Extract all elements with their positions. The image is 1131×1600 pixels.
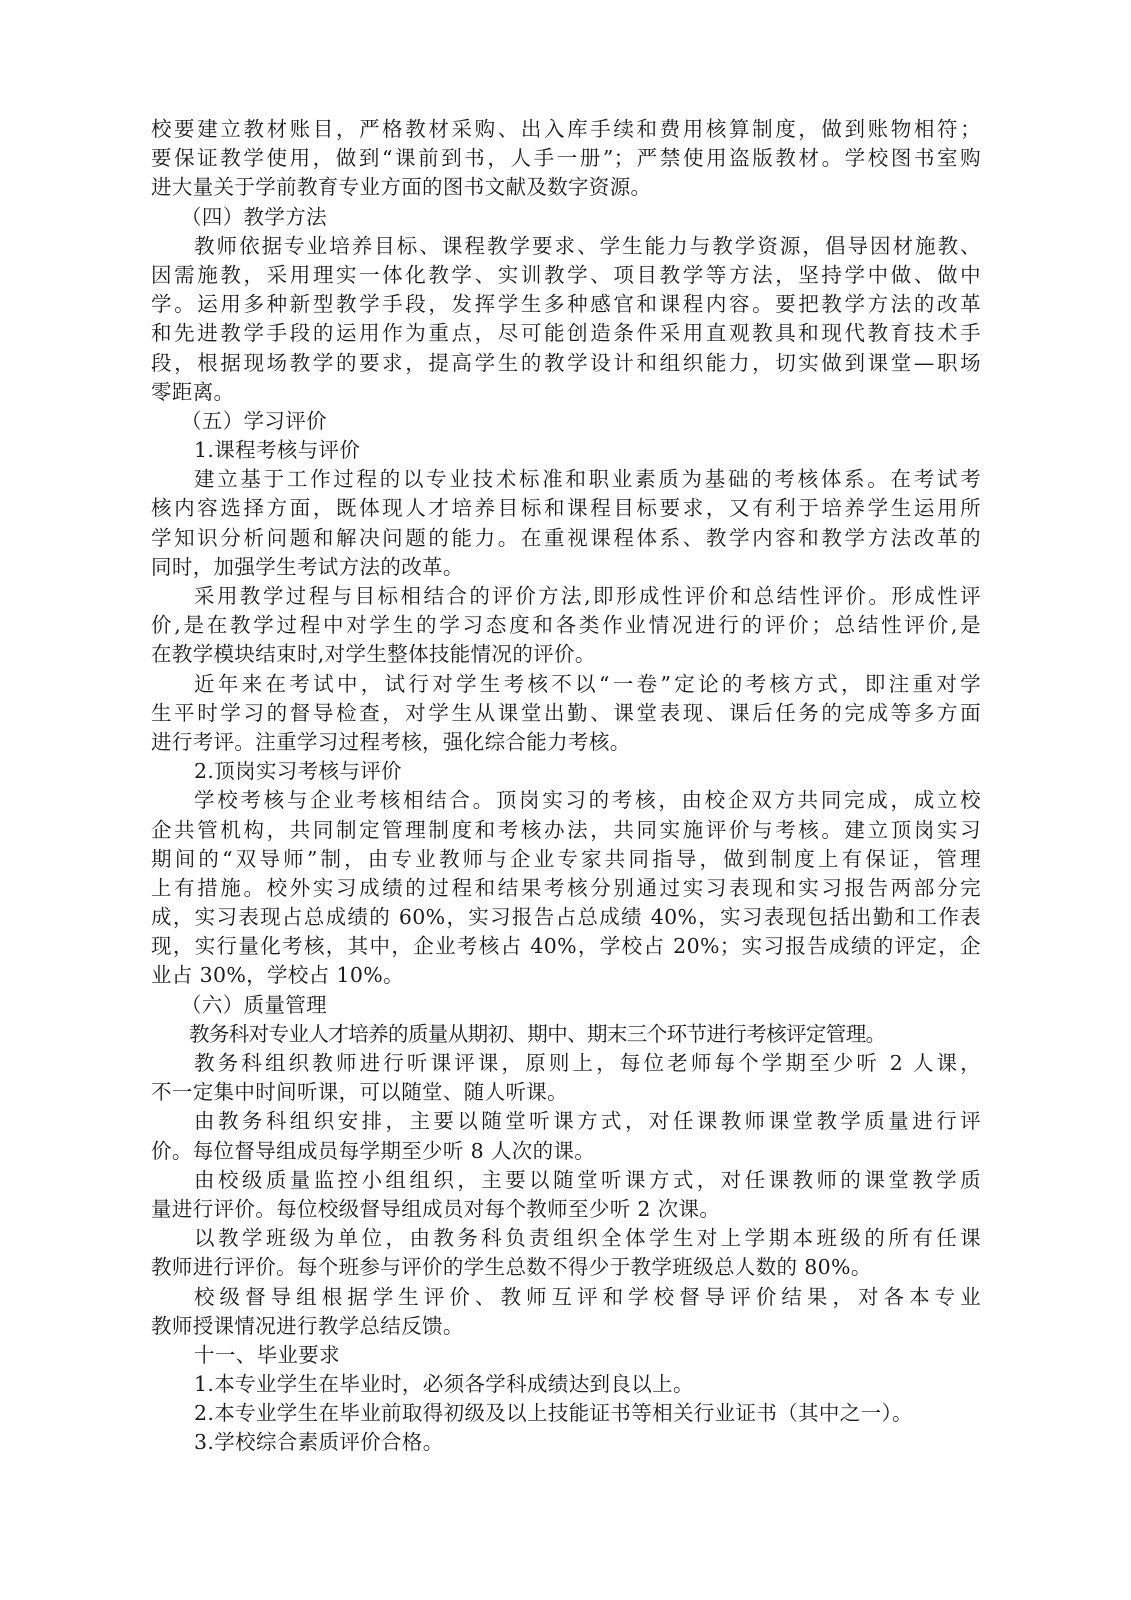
body-line: 要保证教学使用，做到“课前到书，人手一册”；严禁使用盗版教材。学校图书室购 [151, 144, 981, 173]
body-line: 价,是在教学过程中对学生的学习态度和各类作业情况进行的评价；总结性评价,是 [151, 611, 981, 640]
body-line: 成，实习表现占总成绩的 60%，实习报告占总成绩 40%，实习表现包括出勤和工作… [151, 903, 981, 932]
body-line: 在教学模块结束时,对学生整体技能情况的评价。 [151, 640, 981, 669]
paragraph-first-line: 建立基于工作过程的以专业技术标准和职业素质为基础的考核体系。在考试考 [151, 465, 981, 494]
paragraph-first-line: 由校级质量监控小组组织，主要以随堂听课方式，对任课教师的课堂教学质 [151, 1166, 981, 1195]
paragraph-first-line: 教师依据专业培养目标、课程教学要求、学生能力与教学资源，倡导因材施教、 [151, 232, 981, 261]
body-line: 教师授课情况进行教学总结反馈。 [151, 1312, 981, 1341]
document-page: 校要建立教材账目，严格教材采购、出入库手续和费用核算制度，做到账物相符； 要保证… [151, 115, 981, 1458]
requirement-item: 1.本专业学生在毕业时，必须各学科成绩达到良以上。 [151, 1370, 981, 1399]
body-line: 不一定集中时间听课，可以随堂、随人听课。 [151, 1078, 981, 1107]
body-line: 量进行评价。每位校级督导组成员对每个教师至少听 2 次课。 [151, 1195, 981, 1224]
paragraph-first-line: 近年来在考试中，试行对学生考核不以“一卷”定论的考核方式，即注重对学 [151, 670, 981, 699]
body-line: 教师进行评价。每个班参与评价的学生总数不得少于教学班级总人数的 80%。 [151, 1253, 981, 1282]
body-line: 企共管机构，共同制定管理制度和考核办法，共同实施评价与考核。建立顶岗实习 [151, 816, 981, 845]
paragraph-first-line: 以教学班级为单位，由教务科负责组织全体学生对上学期本班级的所有任课 [151, 1224, 981, 1253]
paragraph-first-line: 学校考核与企业考核相结合。顶岗实习的考核，由校企双方共同完成，成立校 [151, 786, 981, 815]
chapter-heading: 十一、毕业要求 [151, 1341, 981, 1370]
body-line: 上有措施。校外实习成绩的过程和结果考核分别通过实习表现和实习报告两部分完 [151, 874, 981, 903]
body-line: 学知识分析问题和解决问题的能力。在重视课程体系、教学内容和教学方法改革的 [151, 524, 981, 553]
body-line: 进行考评。注重学习过程考核，强化综合能力考核。 [151, 728, 981, 757]
paragraph-first-line: 采用教学过程与目标相结合的评价方法,即形成性评价和总结性评价。形成性评 [151, 582, 981, 611]
subsection-heading: 2.顶岗实习考核与评价 [151, 757, 981, 786]
body-line: 因需施教，采用理实一体化教学、实训教学、项目教学等方法，坚持学中做、做中 [151, 261, 981, 290]
body-line: 同时，加强学生考试方法的改革。 [151, 553, 981, 582]
body-line: 学。运用多种新型教学手段，发挥学生多种感官和课程内容。要把教学方法的改革 [151, 290, 981, 319]
body-line: 进大量关于学前教育专业方面的图书文献及数字资源。 [151, 173, 981, 202]
paragraph-first-line: 教务科对专业人才培养的质量从期初、期中、期末三个环节进行考核评定管理。 [151, 1020, 981, 1049]
paragraph-first-line: 教务科组织教师进行听课评课，原则上，每位老师每个学期至少听 2 人课， [151, 1049, 981, 1078]
section-heading: （五）学习评价 [151, 407, 981, 436]
body-line: 段，根据现场教学的要求，提高学生的教学设计和组织能力，切实做到课堂—职场 [151, 349, 981, 378]
body-line: 校要建立教材账目，严格教材采购、出入库手续和费用核算制度，做到账物相符； [151, 115, 981, 144]
body-line: 现，实行量化考核，其中，企业考核占 40%，学校占 20%；实习报告成绩的评定，… [151, 932, 981, 961]
section-heading: （四）教学方法 [151, 203, 981, 232]
body-line: 核内容选择方面，既体现人才培养目标和课程目标要求，又有利于培养学生运用所 [151, 494, 981, 523]
requirement-item: 2.本专业学生在毕业前取得初级及以上技能证书等相关行业证书（其中之一）。 [151, 1399, 981, 1428]
body-line: 期间的“双导师”制，由专业教师与企业专家共同指导，做到制度上有保证，管理 [151, 845, 981, 874]
paragraph-first-line: 校级督导组根据学生评价、教师互评和学校督导评价结果，对各本专业 [151, 1283, 981, 1312]
requirement-item: 3.学校综合素质评价合格。 [151, 1428, 981, 1457]
body-line: 业占 30%，学校占 10%。 [151, 961, 981, 990]
section-heading: （六）质量管理 [151, 991, 981, 1020]
body-line: 和先进教学手段的运用作为重点，尽可能创造条件采用直观教具和现代教育技术手 [151, 319, 981, 348]
body-line: 生平时学习的督导检查，对学生从课堂出勤、课堂表现、课后任务的完成等多方面 [151, 699, 981, 728]
subsection-heading: 1.课程考核与评价 [151, 436, 981, 465]
body-line: 零距离。 [151, 378, 981, 407]
paragraph-first-line: 由教务科组织安排，主要以随堂听课方式，对任课教师课堂教学质量进行评 [151, 1107, 981, 1136]
body-line: 价。每位督导组成员每学期至少听 8 人次的课。 [151, 1137, 981, 1166]
